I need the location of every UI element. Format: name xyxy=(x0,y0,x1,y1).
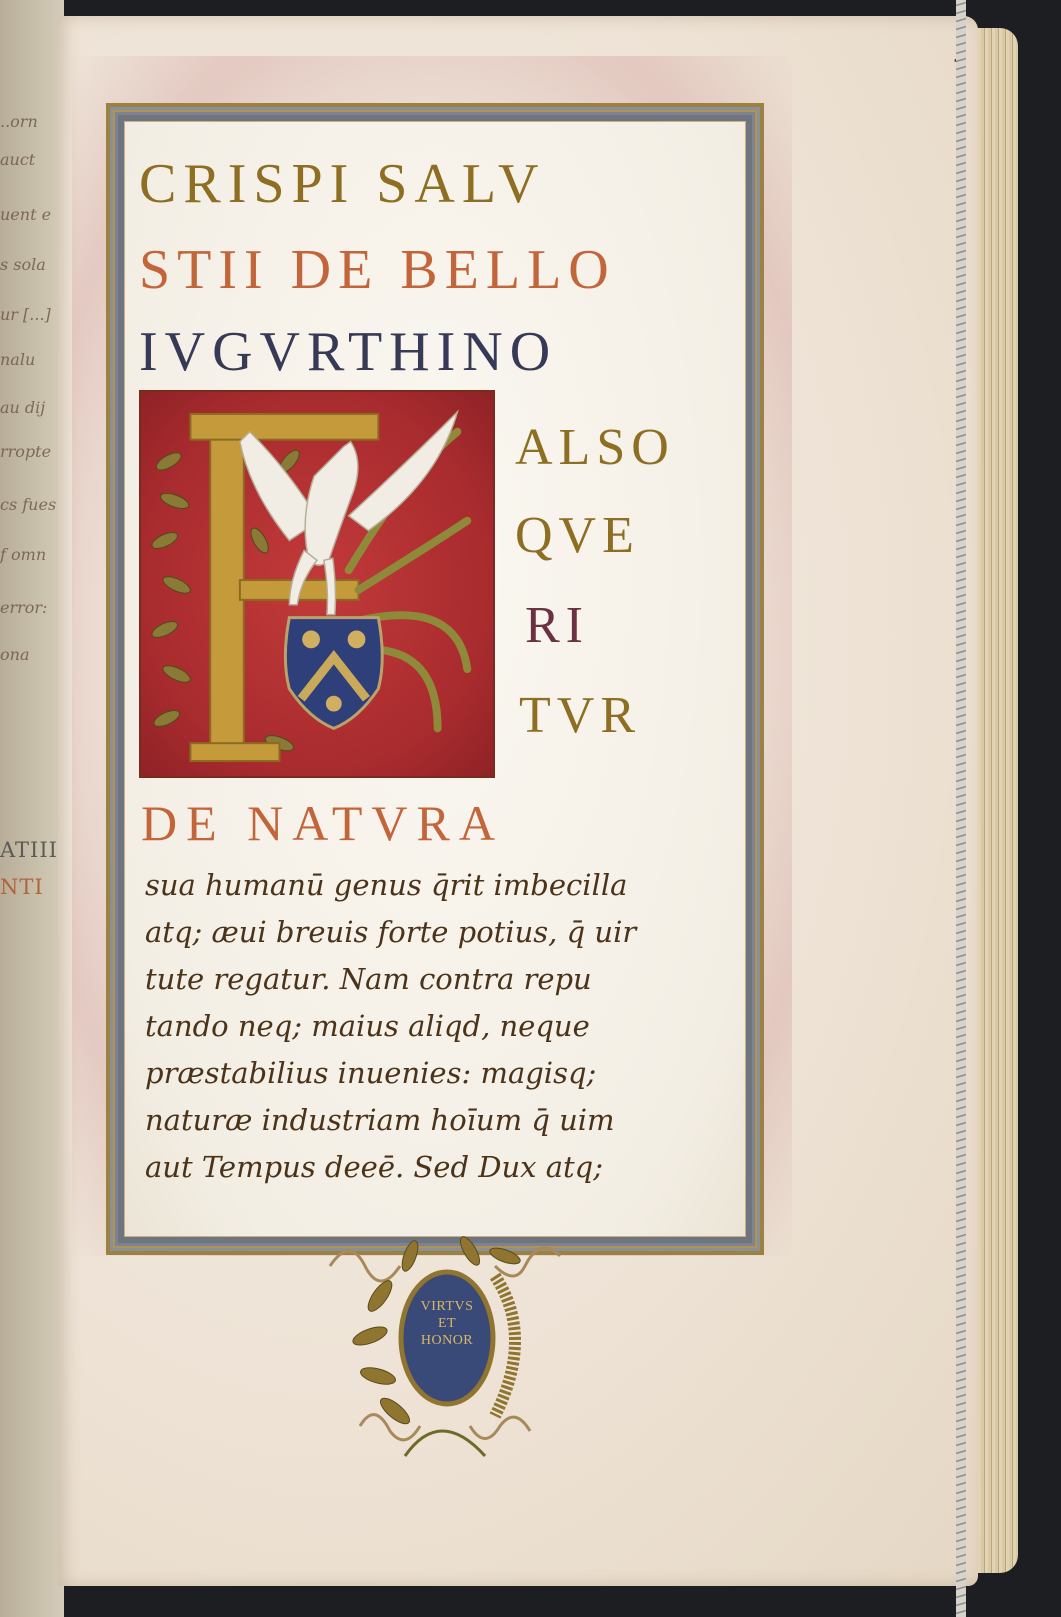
initial-continuation-2: QVE xyxy=(515,510,640,562)
facing-text-fragment: nalu xyxy=(0,350,60,369)
body-line: atq; æui breuis forte potius, q̄ uir xyxy=(145,909,705,956)
text-block: CRISPI SALV STII DE BELLO IVGVRTHINO xyxy=(124,121,746,1237)
body-text: sua humanū genus q̄rit imbecilla atq; æu… xyxy=(145,862,705,1191)
incipit-rubric: DE NATVRA xyxy=(141,794,504,852)
motto-line: VIRTVS xyxy=(416,1298,478,1315)
body-line: præstabilius inuenies: magisq; xyxy=(145,1050,705,1097)
body-line: naturæ industriam hoīum q̄ uim xyxy=(145,1097,705,1144)
heraldic-shield-icon xyxy=(285,618,382,729)
body-line: tute regatur. Nam contra repu xyxy=(145,956,705,1003)
pegasus-shield-initial-icon xyxy=(141,392,493,776)
facing-text-fragment: uent e xyxy=(0,205,60,224)
facing-text-fragment: au dij xyxy=(0,398,60,417)
bookmark-cord xyxy=(954,0,968,1617)
body-line: tando neq; maius aliqd, neque xyxy=(145,1003,705,1050)
initial-continuation-4: TVR xyxy=(519,690,641,742)
manuscript-photo: ..orn auct uent e s sola ur [...] nalu a… xyxy=(0,0,1061,1617)
illuminated-initial-f xyxy=(139,390,495,778)
facing-text-fragment: cs fues xyxy=(0,495,60,514)
facing-text-fragment: s sola xyxy=(0,255,60,274)
motto: VIRTVS ET HONOR xyxy=(416,1298,478,1349)
facing-rubric: NTI xyxy=(0,875,60,899)
facing-text-fragment: auct xyxy=(0,150,60,169)
heading-line-3: IVGVRTHINO xyxy=(139,324,557,380)
heading-line-2: STII DE BELLO xyxy=(139,242,616,298)
facing-rubric: ATIII xyxy=(0,838,60,862)
body-line: aut Tempus deeē. Sed Dux atq; xyxy=(145,1144,705,1191)
wreath-emblem: VIRTVS ET HONOR xyxy=(320,1226,570,1462)
facing-text-fragment: f omn xyxy=(0,545,60,564)
facing-text-fragment: rropte xyxy=(0,442,60,461)
body-line: sua humanū genus q̄rit imbecilla xyxy=(145,862,705,909)
motto-line: HONOR xyxy=(416,1332,478,1349)
facing-text-fragment: ona xyxy=(0,645,60,664)
facing-text-fragment: error: xyxy=(0,598,60,617)
facing-text-fragment: ur [...] xyxy=(0,305,60,324)
facing-text-fragment: ..orn xyxy=(0,112,60,131)
motto-line: ET xyxy=(416,1315,478,1332)
initial-continuation-3: RI xyxy=(525,600,589,652)
heading-line-1: CRISPI SALV xyxy=(139,156,545,212)
initial-continuation-1: ALSO xyxy=(515,422,675,474)
ornamental-frame: CRISPI SALV STII DE BELLO IVGVRTHINO xyxy=(106,103,764,1255)
facing-page: ..orn auct uent e s sola ur [...] nalu a… xyxy=(0,0,64,1617)
